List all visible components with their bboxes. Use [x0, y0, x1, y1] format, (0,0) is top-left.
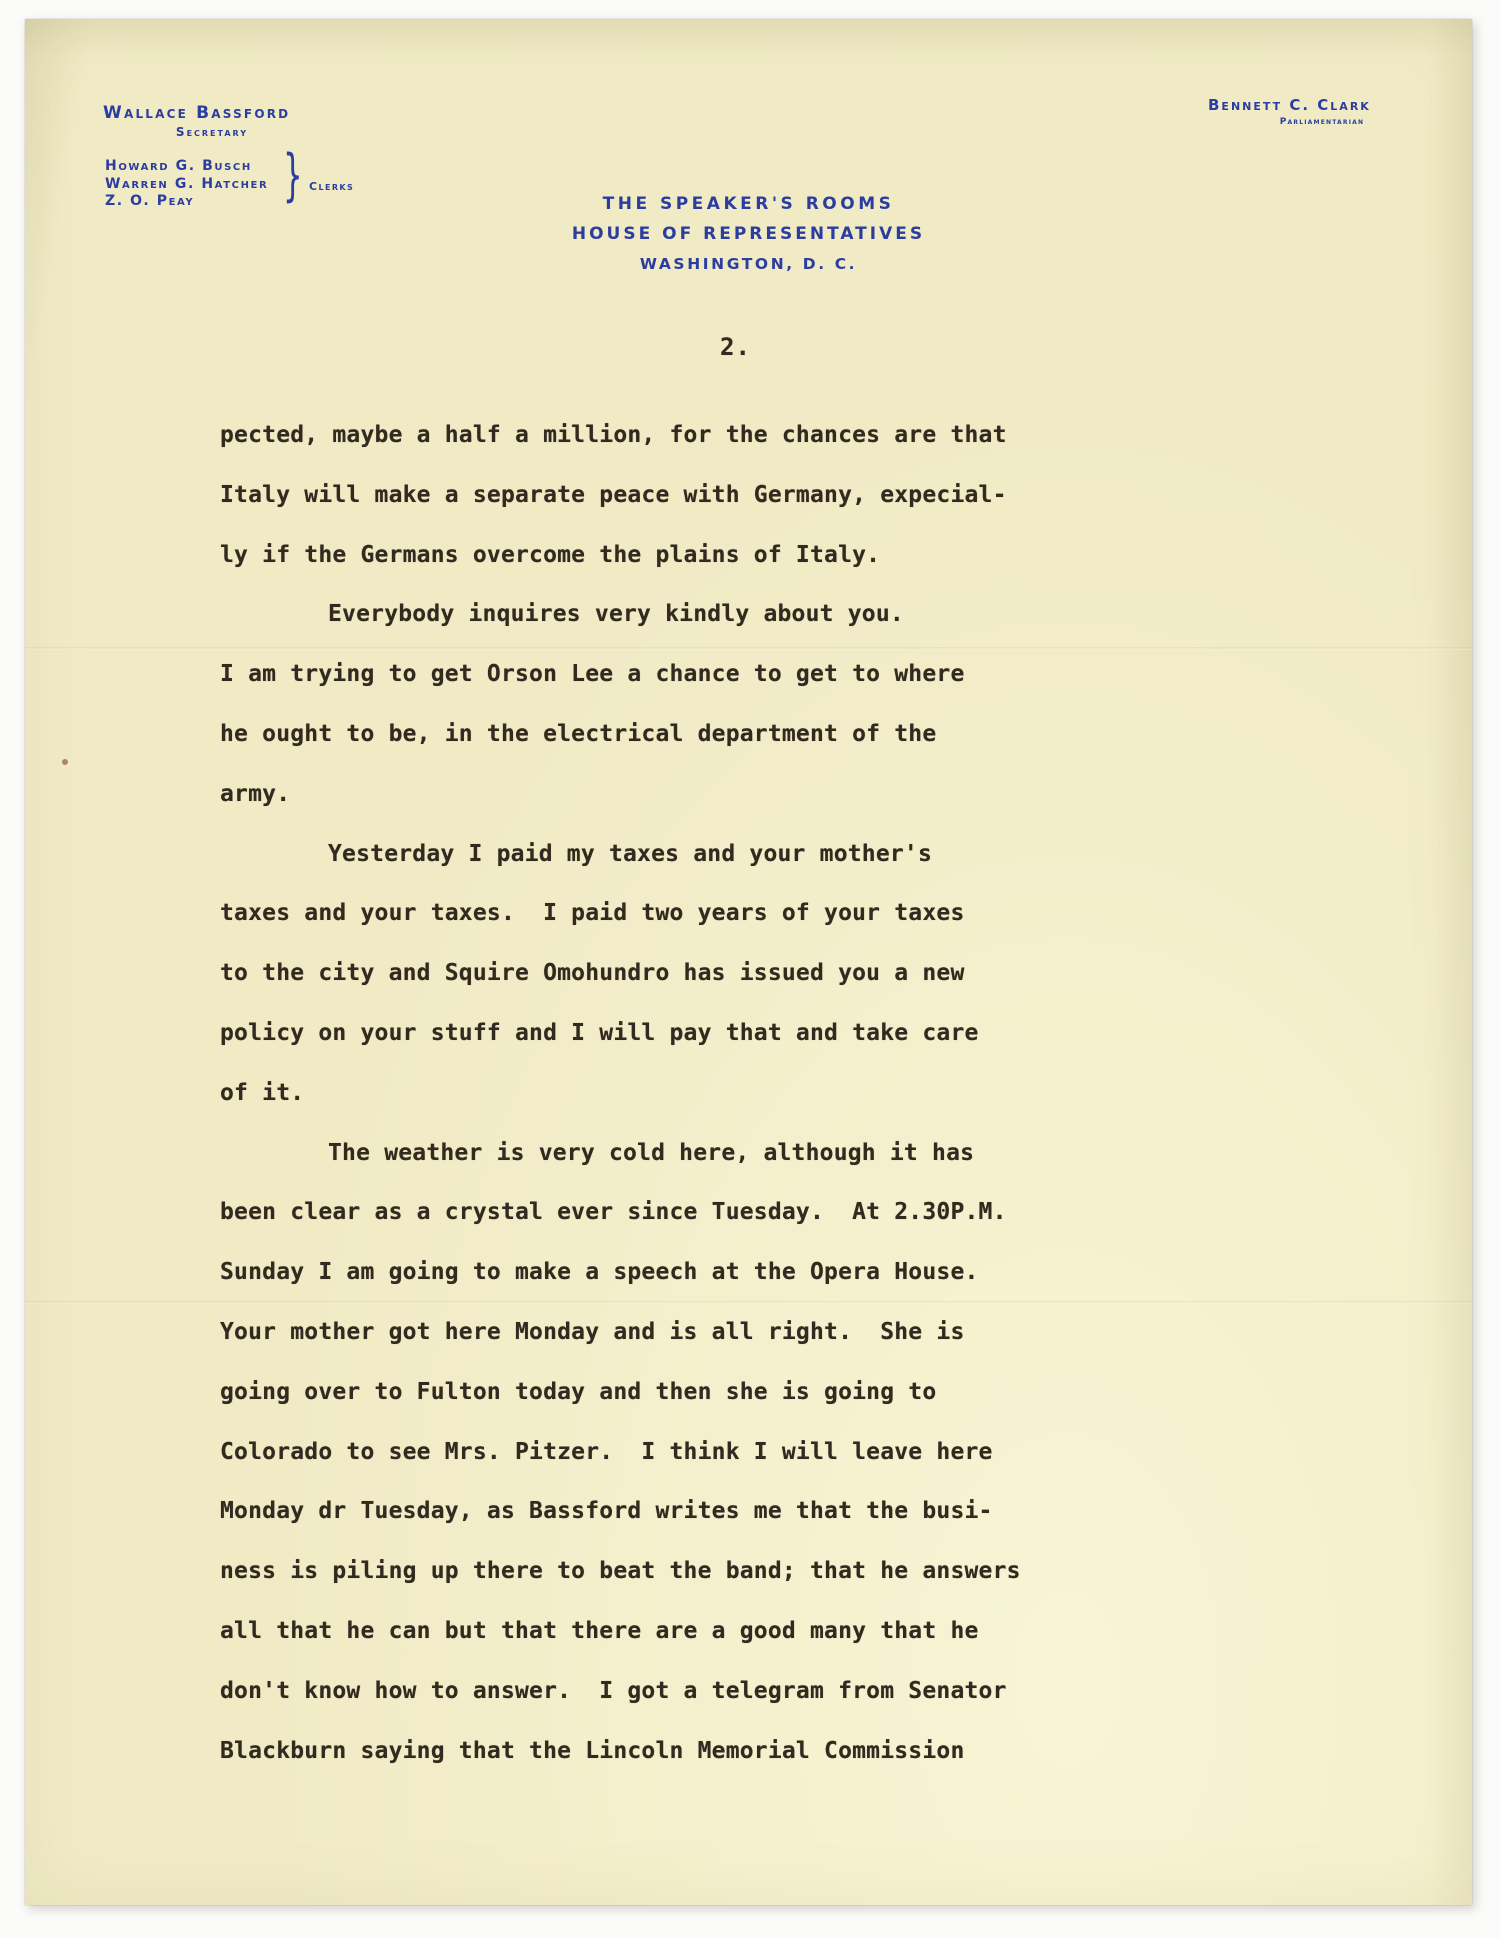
- letter-line: taxes and your taxes. I paid two years o…: [220, 884, 1060, 944]
- letter-line: Italy will make a separate peace with Ge…: [220, 466, 1060, 526]
- clerk-name: Howard G. Busch: [105, 158, 268, 176]
- letter-line: policy on your stuff and I will pay that…: [220, 1004, 1060, 1064]
- letter-line: army.: [220, 765, 1060, 825]
- letter-line: Blackburn saying that the Lincoln Memori…: [220, 1722, 1060, 1782]
- letter-paper: Wallace Bassford Secretary Howard G. Bus…: [25, 19, 1472, 1905]
- scan-background: Wallace Bassford Secretary Howard G. Bus…: [0, 0, 1500, 1938]
- letter-line: all that he can but that there are a goo…: [220, 1602, 1060, 1662]
- office-location: WASHINGTON, D. C.: [25, 249, 1472, 279]
- page-number: 2.: [720, 333, 751, 361]
- letter-body: pected, maybe a half a million, for the …: [220, 406, 1060, 1781]
- letter-line: Your mother got here Monday and is all r…: [220, 1303, 1060, 1363]
- letter-line: of it.: [220, 1064, 1060, 1124]
- letter-line: I am trying to get Orson Lee a chance to…: [220, 645, 1060, 705]
- letter-line: been clear as a crystal ever since Tuesd…: [220, 1183, 1060, 1243]
- office-name: THE SPEAKER'S ROOMS: [25, 189, 1472, 219]
- parliamentarian-name: Bennett C. Clark: [1208, 96, 1371, 114]
- paper-speck: [62, 759, 68, 765]
- letter-line: Yesterday I paid my taxes and your mothe…: [220, 825, 1060, 885]
- letter-line: ly if the Germans overcome the plains of…: [220, 526, 1060, 586]
- letter-line: Colorado to see Mrs. Pitzer. I think I w…: [220, 1423, 1060, 1483]
- secretary-name: Wallace Bassford: [103, 103, 290, 123]
- letter-line: don't know how to answer. I got a telegr…: [220, 1662, 1060, 1722]
- letter-line: The weather is very cold here, although …: [220, 1124, 1060, 1184]
- letter-line: ness is piling up there to beat the band…: [220, 1542, 1060, 1602]
- letter-line: pected, maybe a half a million, for the …: [220, 406, 1060, 466]
- letter-line: going over to Fulton today and then she …: [220, 1363, 1060, 1423]
- letter-line: to the city and Squire Omohundro has iss…: [220, 944, 1060, 1004]
- letter-line: he ought to be, in the electrical depart…: [220, 705, 1060, 765]
- letter-line: Everybody inquires very kindly about you…: [220, 585, 1060, 645]
- letter-line: Monday dr Tuesday, as Bassford writes me…: [220, 1482, 1060, 1542]
- parliamentarian-title: Parliamentarian: [1208, 117, 1436, 127]
- letter-line: Sunday I am going to make a speech at th…: [220, 1243, 1060, 1303]
- letterhead-center: THE SPEAKER'S ROOMS HOUSE OF REPRESENTAT…: [25, 189, 1472, 279]
- secretary-title: Secretary: [103, 125, 321, 139]
- office-institution: HOUSE OF REPRESENTATIVES: [25, 219, 1472, 249]
